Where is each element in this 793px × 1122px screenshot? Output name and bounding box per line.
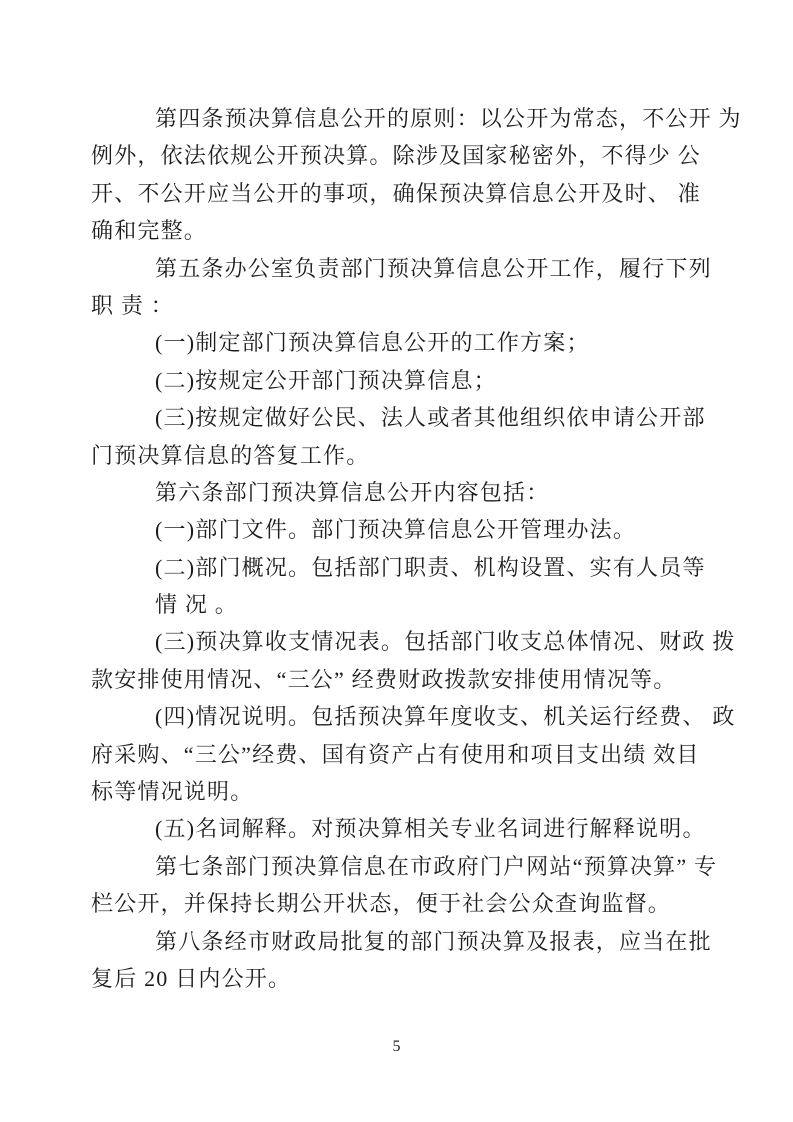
text-line: 款安排使用情况、“三公” 经费财政拨款安排使用情况等。 xyxy=(91,661,711,698)
text-line: 标等情况说明。 xyxy=(91,773,711,810)
text-line: 第八条经市财政局批复的部门预决算及报表，应当在批 xyxy=(91,923,711,960)
text-line: 第六条部门预决算信息公开内容包括： xyxy=(91,474,711,511)
page-number: 5 xyxy=(0,1036,793,1058)
text-line: 职 责 ： xyxy=(91,287,711,324)
text-line: (一)制定部门预决算信息公开的工作方案； xyxy=(91,324,711,361)
text-line: 确和完整。 xyxy=(91,212,711,249)
document-page: 第四条预决算信息公开的原则：以公开为常态，不公开 为 例外，依法依规公开预决算。… xyxy=(0,0,793,1122)
text-line: (一)部门文件。部门预决算信息公开管理办法。 xyxy=(91,511,711,548)
text-line: (三)预决算收支情况表。包括部门收支总体情况、财政 拨 xyxy=(91,623,711,660)
text-line: 例外，依法依规公开预决算。除涉及国家秘密外，不得少 公 xyxy=(91,137,711,174)
text-line: 府采购、“三公”经费、国有资产占有使用和项目支出绩 效目 xyxy=(91,736,711,773)
text-line: (二)按规定公开部门预决算信息； xyxy=(91,362,711,399)
text-line: 第五条办公室负责部门预决算信息公开工作，履行下列 xyxy=(91,250,711,287)
text-line: 第四条预决算信息公开的原则：以公开为常态，不公开 为 xyxy=(91,100,711,137)
text-line: 开、不公开应当公开的事项，确保预决算信息公开及时、 准 xyxy=(91,175,711,212)
text-line: 门预决算信息的答复工作。 xyxy=(91,437,711,474)
text-line: 情 况 。 xyxy=(91,586,711,623)
text-line: (四)情况说明。包括预决算年度收支、机关运行经费、 政 xyxy=(91,698,711,735)
text-line: 栏公开，并保持长期公开状态，便于社会公众查询监督。 xyxy=(91,885,711,922)
page-body-text: 第四条预决算信息公开的原则：以公开为常态，不公开 为 例外，依法依规公开预决算。… xyxy=(91,100,711,997)
text-line: (三)按规定做好公民、法人或者其他组织依申请公开部 xyxy=(91,399,711,436)
text-line: 第七条部门预决算信息在市政府门户网站“预算决算” 专 xyxy=(91,848,711,885)
text-line: 复后 20 日内公开。 xyxy=(91,960,711,997)
text-line: (二)部门概况。包括部门职责、机构设置、实有人员等 xyxy=(91,549,711,586)
text-line: (五)名词解释。对预决算相关专业名词进行解释说明。 xyxy=(91,810,711,847)
